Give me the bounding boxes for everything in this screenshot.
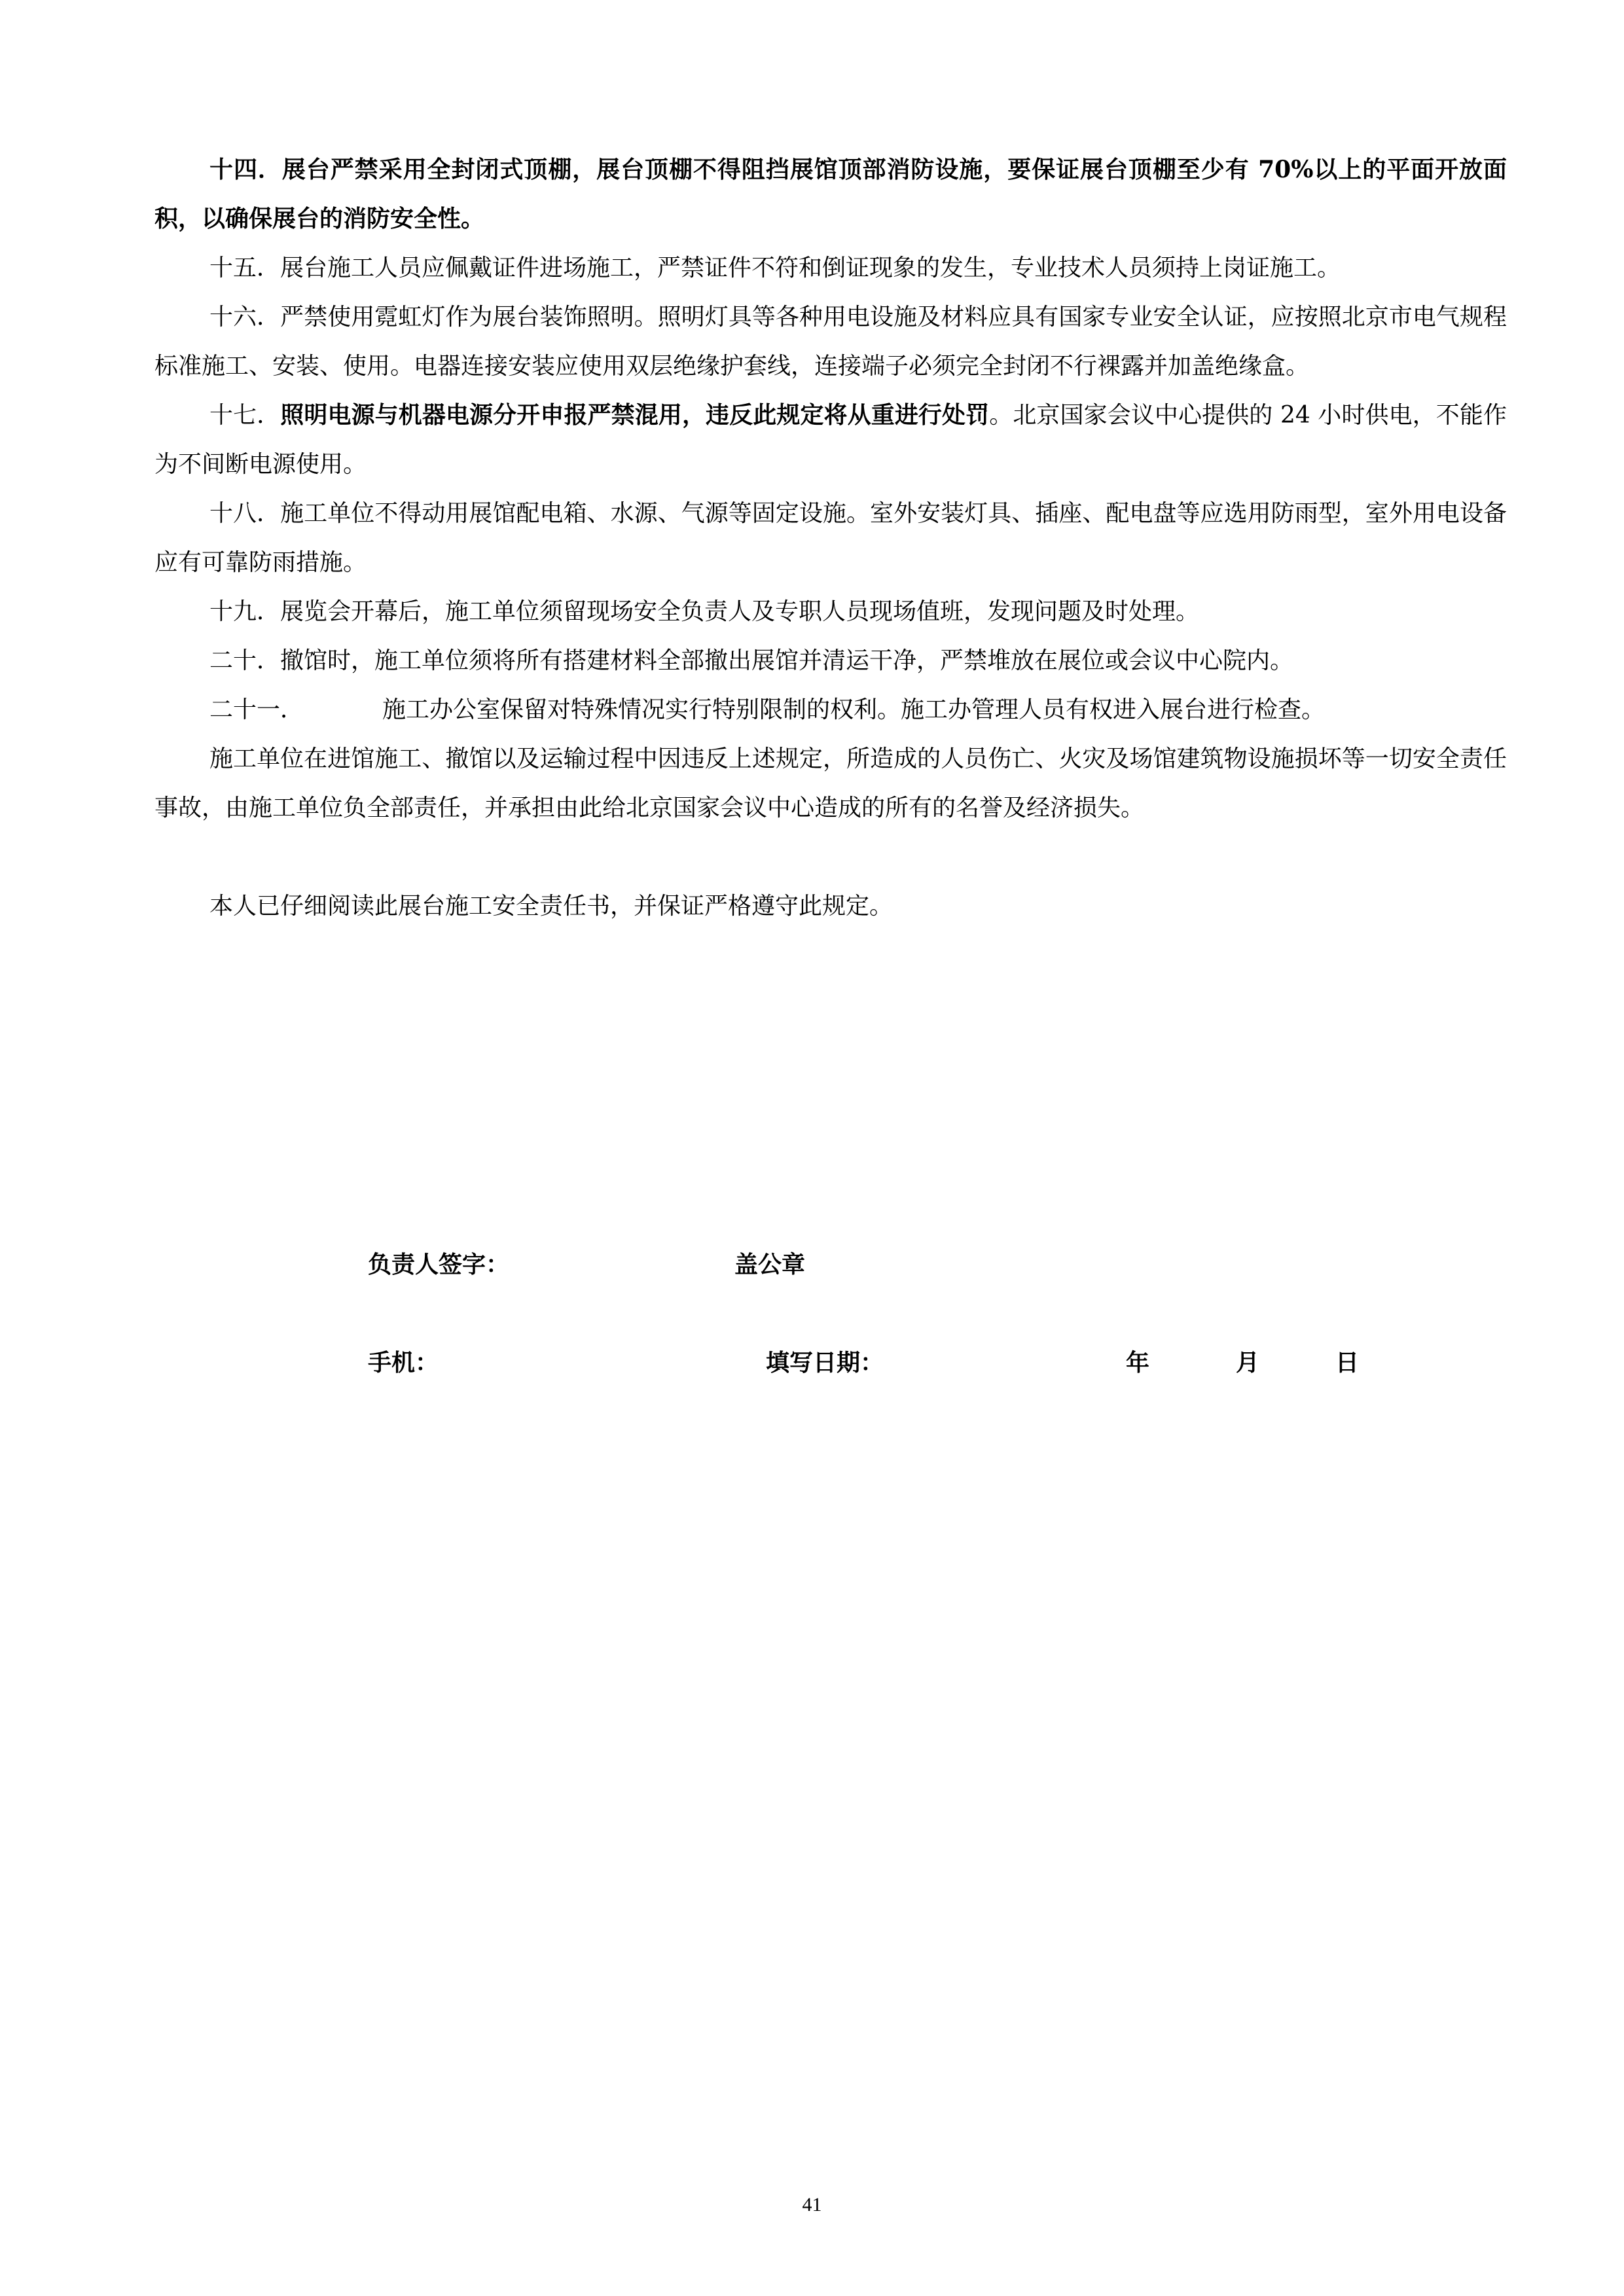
clause-number: 十四． (209, 156, 282, 183)
clause-15: 十五．展台施工人员应佩戴证件进场施工，严禁证件不符和倒证现象的发生，专业技术人员… (154, 243, 1507, 293)
seal-label: 盖公章 (734, 1251, 805, 1278)
clause-21: 二十一．施工办公室保留对特殊情况实行特别限制的权利。施工办管理人员有权进入展台进… (154, 685, 1507, 734)
clause-number: 十八． (209, 500, 280, 527)
clause-number: 十六． (209, 304, 280, 331)
clause-14: 十四．展台严禁采用全封闭式顶棚，展台顶棚不得阻挡展馆顶部消防设施，要保证展台顶棚… (154, 145, 1507, 243)
clause-text: 展台严禁采用全封闭式顶棚，展台顶棚不得阻挡展馆顶部消防设施，要保证展台顶棚至少有… (154, 156, 1507, 232)
liability-paragraph: 施工单位在进馆施工、撤馆以及运输过程中因违反上述规定，所造成的人员伤亡、火灾及场… (154, 734, 1507, 833)
clause-16: 十六．严禁使用霓虹灯作为展台装饰照明。照明灯具等各种用电设施及材料应具有国家专业… (154, 293, 1507, 391)
responsible-person-signature-label: 负责人签字： (368, 1251, 509, 1278)
clause-number: 二十一． (209, 696, 304, 723)
clause-number: 二十． (209, 647, 280, 674)
clause-number: 十五． (209, 255, 280, 281)
acknowledgement-statement: 本人已仔细阅读此展台施工安全责任书，并保证严格遵守此规定。 (154, 882, 1507, 931)
clause-text: 施工办公室保留对特殊情况实行特别限制的权利。施工办管理人员有权进入展台进行检查。 (382, 696, 1325, 723)
clause-text: 展台施工人员应佩戴证件进场施工，严禁证件不符和倒证现象的发生，专业技术人员须持上… (280, 255, 1341, 281)
clause-number: 十九． (209, 598, 280, 625)
clause-17: 十七．照明电源与机器电源分开申报严禁混用，违反此规定将从重进行处罚。北京国家会议… (154, 391, 1507, 489)
clause-19: 十九．展览会开幕后，施工单位须留现场安全负责人及专职人员现场值班，发现问题及时处… (154, 587, 1507, 636)
document-body: 十四．展台严禁采用全封闭式顶棚，展台顶棚不得阻挡展馆顶部消防设施，要保证展台顶棚… (154, 145, 1507, 931)
year-label: 年 (1126, 1350, 1149, 1376)
clause-18: 十八．施工单位不得动用展馆配电箱、水源、气源等固定设施。室外安装灯具、插座、配电… (154, 489, 1507, 587)
month-label: 月 (1236, 1350, 1259, 1376)
clause-text-bold: 照明电源与机器电源分开申报严禁混用，违反此规定将从重进行处罚 (280, 401, 989, 429)
clause-text: 施工单位不得动用展馆配电箱、水源、气源等固定设施。室外安装灯具、插座、配电盘等应… (154, 500, 1507, 576)
clause-number: 十七． (209, 402, 280, 429)
document-page: 十四．展台严禁采用全封闭式顶棚，展台顶棚不得阻挡展馆顶部消防设施，要保证展台顶棚… (0, 0, 1624, 2296)
clause-20: 二十．撤馆时，施工单位须将所有搭建材料全部撤出展馆并清运干净，严禁堆放在展位或会… (154, 636, 1507, 685)
clause-text: 展览会开幕后，施工单位须留现场安全负责人及专职人员现场值班，发现问题及时处理。 (280, 598, 1199, 625)
fill-date-label: 填写日期： (766, 1350, 884, 1376)
clause-text: 撤馆时，施工单位须将所有搭建材料全部撤出展馆并清运干净，严禁堆放在展位或会议中心… (280, 647, 1293, 674)
phone-label: 手机： (368, 1350, 439, 1376)
day-label: 日 (1335, 1350, 1359, 1376)
page-number: 41 (0, 2194, 1624, 2216)
clause-text: 严禁使用霓虹灯作为展台装饰照明。照明灯具等各种用电设施及材料应具有国家专业安全认… (154, 304, 1507, 380)
